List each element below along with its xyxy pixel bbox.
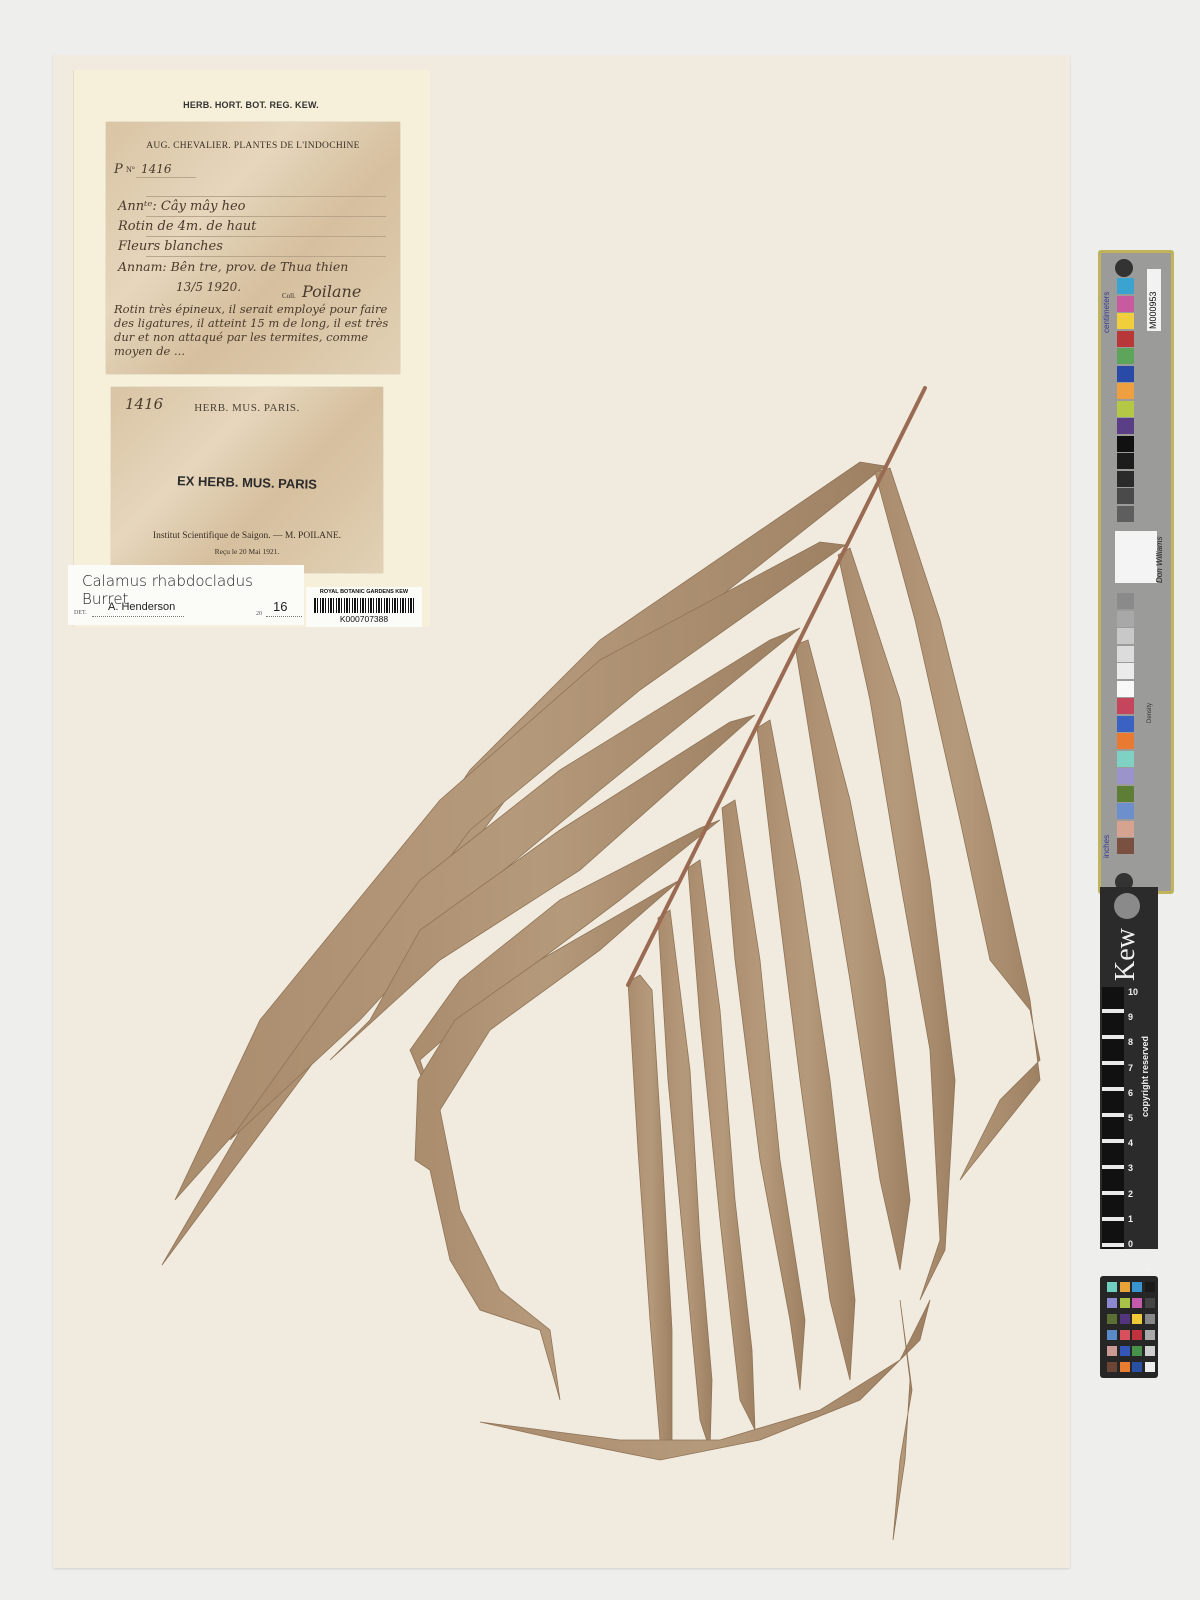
serial-number: M000953 [1148, 291, 1158, 329]
checker-patch [1120, 1362, 1130, 1372]
checker-patch [1145, 1330, 1155, 1340]
color-swatch [1117, 803, 1134, 819]
tick-9: 9 [1128, 1012, 1142, 1022]
tick-2: 2 [1128, 1189, 1142, 1199]
centimeters-label: centimeters [1102, 292, 1111, 333]
tick-0: 0 [1128, 1239, 1142, 1249]
color-swatch [1117, 611, 1134, 627]
tick-7: 7 [1128, 1063, 1142, 1073]
cm-ruler [1102, 987, 1124, 1249]
color-swatch [1117, 786, 1134, 802]
color-swatch [1117, 453, 1134, 469]
color-swatch [1117, 418, 1134, 434]
checker-patch [1107, 1298, 1117, 1308]
checker-patch [1145, 1362, 1155, 1372]
color-swatch [1117, 716, 1134, 732]
tick-4: 4 [1128, 1138, 1142, 1148]
checker-patch [1145, 1314, 1155, 1324]
kew-logo: Kew [1110, 928, 1142, 981]
color-swatch [1117, 488, 1134, 504]
color-swatch [1117, 436, 1134, 452]
color-swatch [1117, 663, 1134, 679]
tick-1: 1 [1128, 1214, 1142, 1224]
color-swatch [1117, 296, 1134, 312]
checker-patch [1132, 1282, 1142, 1292]
checker-patch [1120, 1282, 1130, 1292]
checker-patch [1132, 1298, 1142, 1308]
checker-patch [1120, 1330, 1130, 1340]
tick-3: 3 [1128, 1163, 1142, 1173]
color-swatch [1117, 593, 1134, 609]
checker-patch [1120, 1346, 1130, 1356]
color-swatch [1117, 348, 1134, 364]
color-swatch [1117, 383, 1134, 399]
checker-patch [1132, 1346, 1142, 1356]
checker-patch [1145, 1282, 1155, 1292]
color-swatch [1117, 278, 1134, 294]
checker-patch [1120, 1314, 1130, 1324]
checker-patch [1132, 1362, 1142, 1372]
color-swatch [1117, 646, 1134, 662]
chart-signature: Don Williams [1155, 536, 1164, 583]
checker-patch [1107, 1314, 1117, 1324]
color-swatch [1117, 313, 1134, 329]
checker-patch [1107, 1346, 1117, 1356]
checker-patch [1120, 1298, 1130, 1308]
checker-patch [1145, 1346, 1155, 1356]
checker-patch [1132, 1330, 1142, 1340]
color-swatch [1117, 838, 1134, 854]
chart-hole-top [1115, 259, 1133, 277]
density-label: Density [1147, 703, 1153, 723]
color-checker-card [1100, 1276, 1158, 1378]
color-swatch [1117, 768, 1134, 784]
inches-label: inches [1102, 835, 1111, 858]
resolution-target [1115, 531, 1157, 583]
color-swatch [1117, 681, 1134, 697]
tick-10: 10 [1128, 987, 1142, 997]
kew-crest-icon [1114, 893, 1140, 919]
color-swatch [1117, 331, 1134, 347]
color-swatch [1117, 366, 1134, 382]
tick-6: 6 [1128, 1088, 1142, 1098]
serial-tag: M000953 [1147, 269, 1161, 331]
tick-5: 5 [1128, 1113, 1142, 1123]
color-swatch [1117, 751, 1134, 767]
ruler-ticks: 0 1 2 3 4 5 6 7 8 9 10 [1128, 987, 1142, 1249]
color-swatch [1117, 506, 1134, 522]
color-swatch [1117, 471, 1134, 487]
color-swatch [1117, 628, 1134, 644]
checker-patch [1145, 1298, 1155, 1308]
checker-patch [1107, 1330, 1117, 1340]
tick-8: 8 [1128, 1037, 1142, 1047]
color-swatch [1117, 401, 1134, 417]
color-swatch [1117, 821, 1134, 837]
color-swatch [1117, 698, 1134, 714]
checker-patch [1132, 1314, 1142, 1324]
checker-patch [1107, 1362, 1117, 1372]
color-swatch [1117, 733, 1134, 749]
checker-patch [1107, 1282, 1117, 1292]
palm-frond-specimen [0, 0, 1200, 1600]
color-calibration-chart: centimeters M000953 Don Williams Density… [1098, 250, 1174, 894]
kew-scale-bar: Kew copyright reserved 0 1 2 3 4 5 6 7 8… [1100, 887, 1158, 1249]
cm-unit: cm [1142, 1258, 1152, 1271]
